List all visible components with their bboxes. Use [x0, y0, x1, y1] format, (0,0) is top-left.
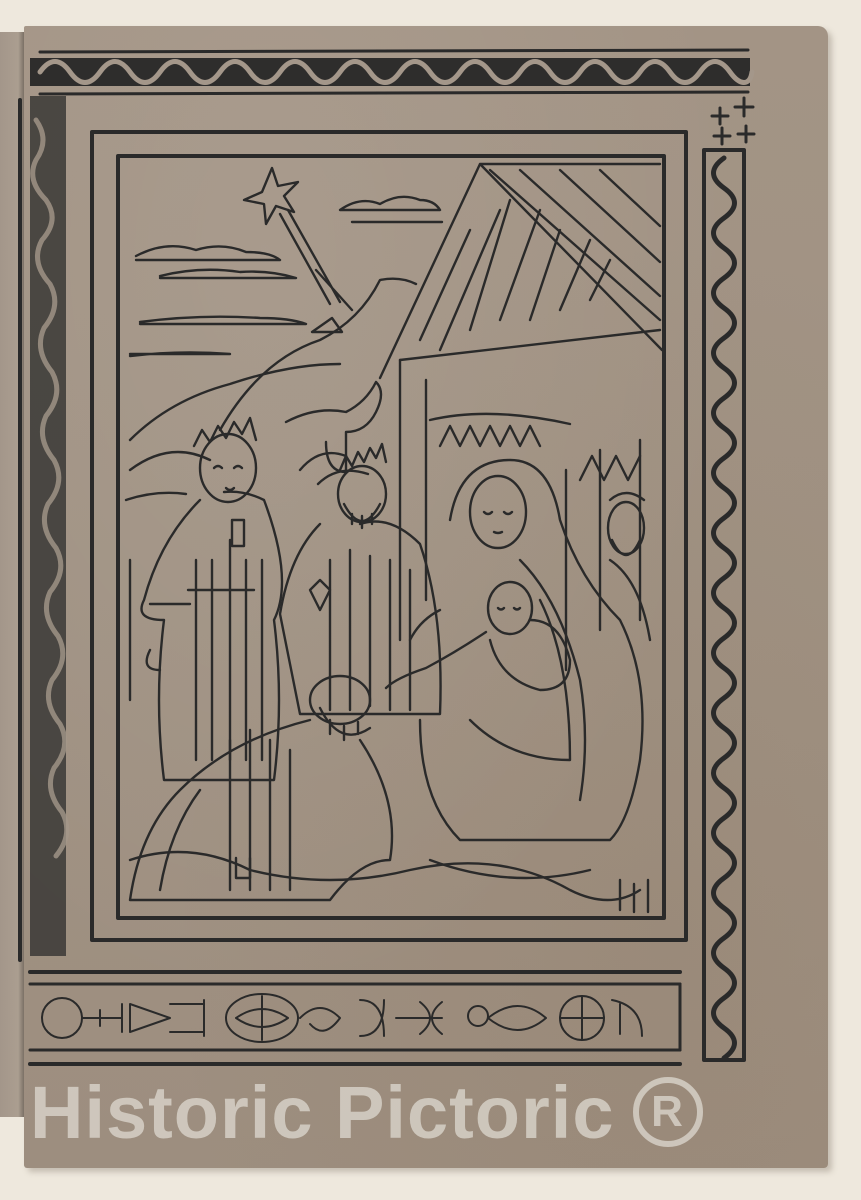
registered-trademark-icon: R [633, 1077, 703, 1147]
hills [220, 279, 416, 430]
stable-posts [400, 360, 640, 670]
bottom-ornamental-band [30, 972, 680, 1064]
image-stage: Historic Pictoric R [0, 0, 861, 1200]
right-chain-border [704, 150, 744, 1060]
cloud [136, 246, 280, 260]
bearded-king [280, 444, 441, 714]
watermark-text: Historic Pictoric [30, 1070, 615, 1155]
nativity-scene [126, 164, 662, 912]
watermark: Historic Pictoric R [30, 1062, 850, 1162]
cross-ornaments [712, 98, 754, 144]
top-chain-border [30, 50, 752, 94]
cloud [340, 197, 440, 210]
christ-child [386, 582, 570, 690]
left-ornamental-border [20, 96, 67, 960]
joseph [608, 493, 650, 640]
woodcut-artwork [0, 0, 861, 1200]
young-king [142, 418, 283, 780]
